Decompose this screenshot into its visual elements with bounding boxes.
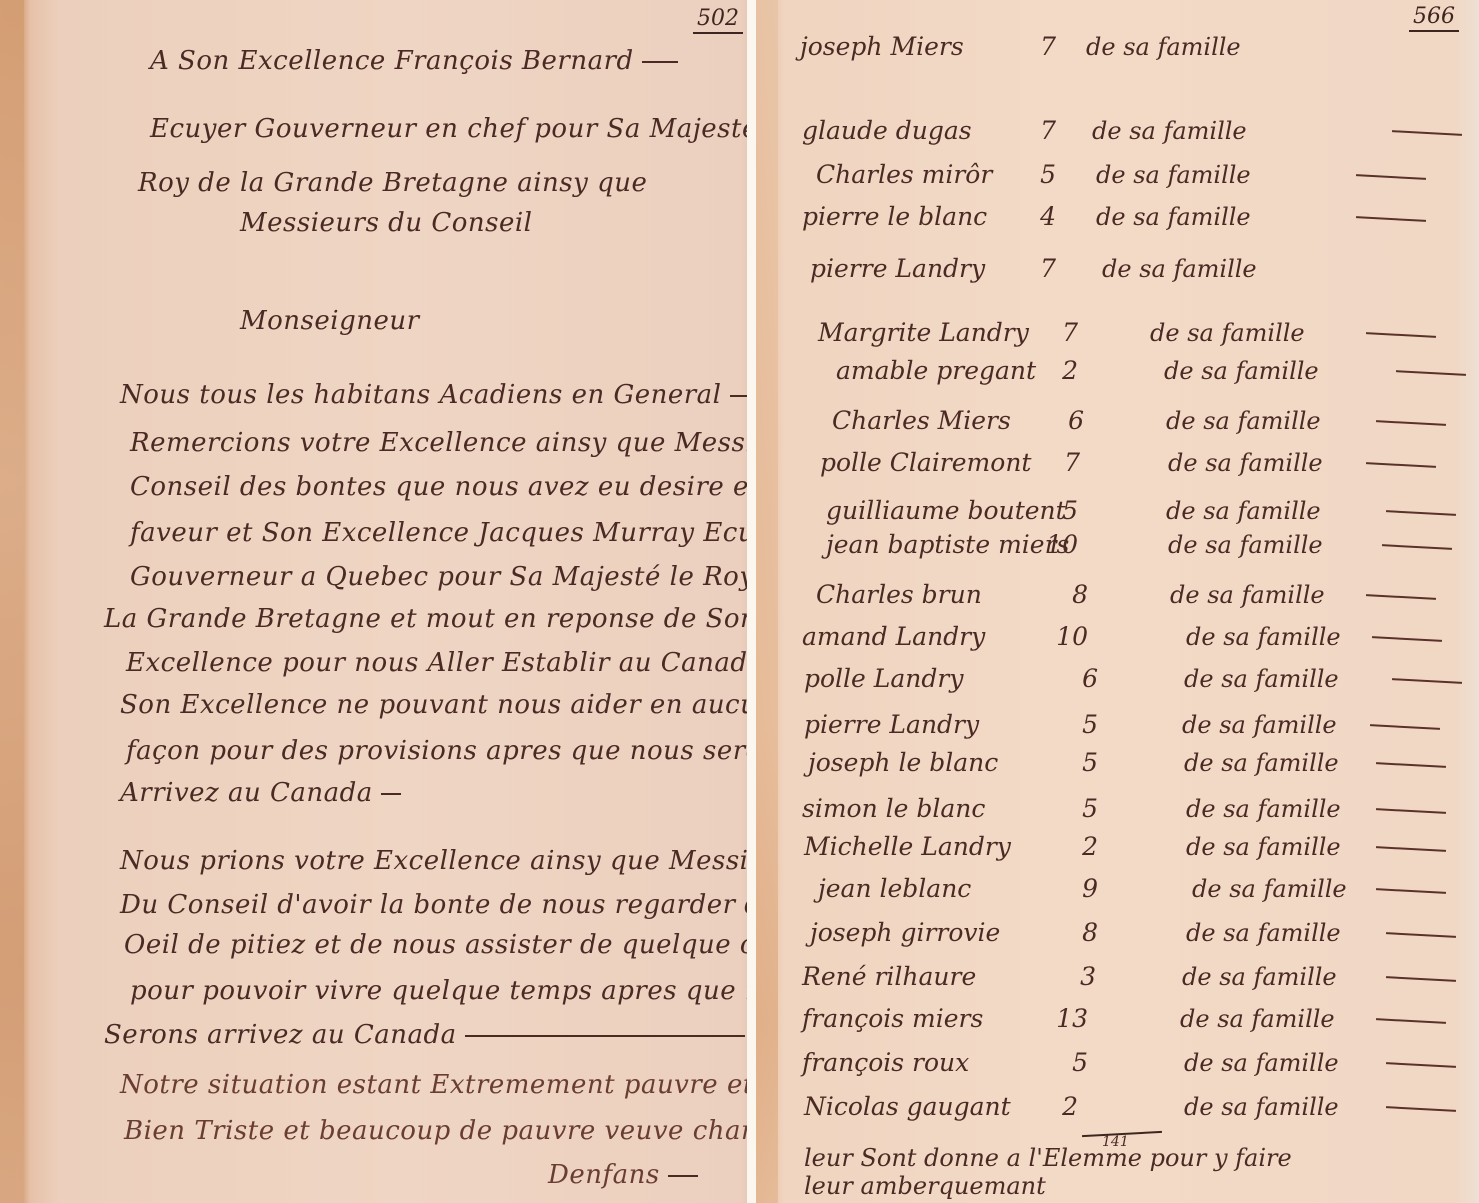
text-line: Gouverneur a Quebec pour Sa Majesté le R… <box>130 562 796 592</box>
text-line: Bien Triste et beaucoup de pauvre veuve … <box>124 1116 833 1146</box>
list-item: Nicolas gaugant2de sa famille <box>756 1090 1479 1124</box>
text-line: pour pouvoir vivre quelque temps apres q… <box>130 976 843 1006</box>
list-item: guilliaume boutent5de sa famille <box>756 494 1479 528</box>
address-line-3: Roy de la Grande Bretagne ainsy que <box>138 168 647 198</box>
list-item: joseph Miers7de sa famille <box>756 30 1479 64</box>
address-line-4: Messieurs du Conseil <box>240 208 532 238</box>
list-item: amable pregant2de sa famille <box>756 354 1479 388</box>
list-item: Margrite Landry7de sa famille <box>756 316 1479 350</box>
text-line: Serons arrivez au Canada <box>104 1020 745 1050</box>
list-item: joseph girrovie8de sa famille <box>756 916 1479 950</box>
list-item: glaude dugas7de sa famille <box>756 114 1479 148</box>
text-line: Notre situation estant Extremement pauvr… <box>120 1070 786 1100</box>
footer-line-1: leur Sont donne a l'Elemme pour y faire <box>804 1144 1292 1172</box>
list-item: jean baptiste miers10de sa famille <box>756 528 1479 562</box>
list-item: pierre Landry5de sa famille <box>756 708 1479 742</box>
list-item: jean leblanc9de sa famille <box>756 872 1479 906</box>
text-line: Du Conseil d'avoir la bonte de nous rega… <box>120 890 804 920</box>
text-line: Nous prions votre Excellence ainsy que M… <box>120 846 808 876</box>
text-line: faveur et Son Excellence Jacques Murray … <box>130 518 847 548</box>
list-item: René rilhaure3de sa famille <box>756 960 1479 994</box>
list-item: pierre Landry7de sa famille <box>756 252 1479 286</box>
left-manuscript-page: 502 A Son Excellence François Bernard Ec… <box>0 0 747 1203</box>
text-line: Excellence pour nous Aller Establir au C… <box>126 648 836 678</box>
list-item: Charles brun8de sa famille <box>756 578 1479 612</box>
right-manuscript-page: 566 joseph Miers7de sa famille glaude du… <box>756 0 1479 1203</box>
list-item: joseph le blanc5de sa famille <box>756 746 1479 780</box>
list-item: françois roux5de sa famille <box>756 1046 1479 1080</box>
text-line: Nous tous les habitans Acadiens en Gener… <box>120 380 764 410</box>
address-line-1: A Son Excellence François Bernard <box>150 46 678 76</box>
page-number: 566 <box>1409 4 1459 32</box>
list-item: françois miers13de sa famille <box>756 1002 1479 1036</box>
salutation: Monseigneur <box>240 306 420 336</box>
text-line: Arrivez au Canada <box>120 778 401 808</box>
text-line: Conseil des bontes que nous avez eu desi… <box>130 472 848 502</box>
list-item: amand Landry10de sa famille <box>756 620 1479 654</box>
list-item: pierre le blanc4de sa famille <box>756 200 1479 234</box>
list-item: polle Landry6de sa famille <box>756 662 1479 696</box>
catchword: Denfans <box>548 1160 698 1190</box>
list-item: Charles mirôr5de sa famille <box>756 158 1479 192</box>
list-item: simon le blanc5de sa famille <box>756 792 1479 826</box>
text-line: Son Excellence ne pouvant nous aider en … <box>120 690 791 720</box>
list-item: Michelle Landry2de sa famille <box>756 830 1479 864</box>
text-line: La Grande Bretagne et mout en reponse de… <box>104 604 805 634</box>
footer-line-2: leur amberquemant <box>804 1172 1046 1200</box>
text-line: façon pour des provisions apres que nous… <box>126 736 793 766</box>
page-number: 502 <box>693 6 743 34</box>
text-line: Oeil de pitiez et de nous assister de qu… <box>124 930 818 960</box>
page-gutter <box>747 0 756 1203</box>
list-item: Charles Miers6de sa famille <box>756 404 1479 438</box>
address-line-2: Ecuyer Gouverneur en chef pour Sa Majest… <box>150 114 836 144</box>
list-item: polle Clairemont7de sa famille <box>756 446 1479 480</box>
